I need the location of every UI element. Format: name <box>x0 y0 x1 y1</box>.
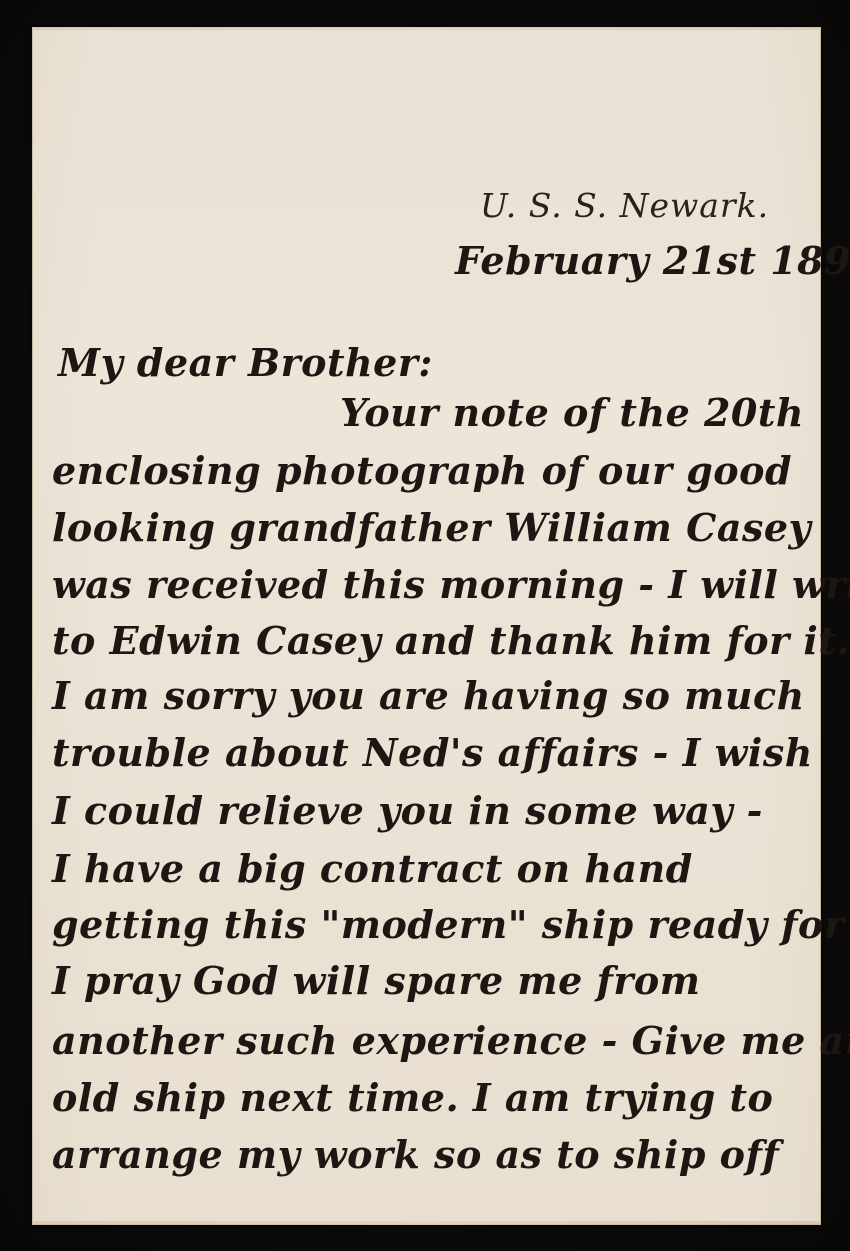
letter-line: I could relieve you in some way - <box>52 788 763 833</box>
letter-line: Your note of the 20th <box>340 390 804 435</box>
letter-line: arrange my work so as to ship off <box>52 1132 779 1177</box>
letter-line: getting this "modern" ship ready for sea… <box>52 902 850 947</box>
letter-line: I have a big contract on hand <box>52 846 693 891</box>
letter-salutation: My dear Brother: <box>58 340 433 385</box>
letter-line: enclosing photograph of our good <box>52 448 792 493</box>
letter-line: I pray God will spare me from <box>52 958 700 1003</box>
letter-line: trouble about Ned's affairs - I wish <box>52 730 813 775</box>
letter-line: looking grandfather William Casey <box>52 505 811 550</box>
letter-line: to Edwin Casey and thank him for it. <box>52 618 850 663</box>
letter-line: I am sorry you are having so much <box>52 673 805 718</box>
letter-date: February 21st 1891 <box>455 238 850 283</box>
letter-line: old ship next time. I am trying to <box>52 1075 773 1120</box>
letter-line: another such experience - Give me an <box>52 1018 850 1063</box>
letterhead-ship-name: U. S. S. Newark. <box>480 186 769 225</box>
letter-line: was received this morning - I will write <box>52 562 850 607</box>
